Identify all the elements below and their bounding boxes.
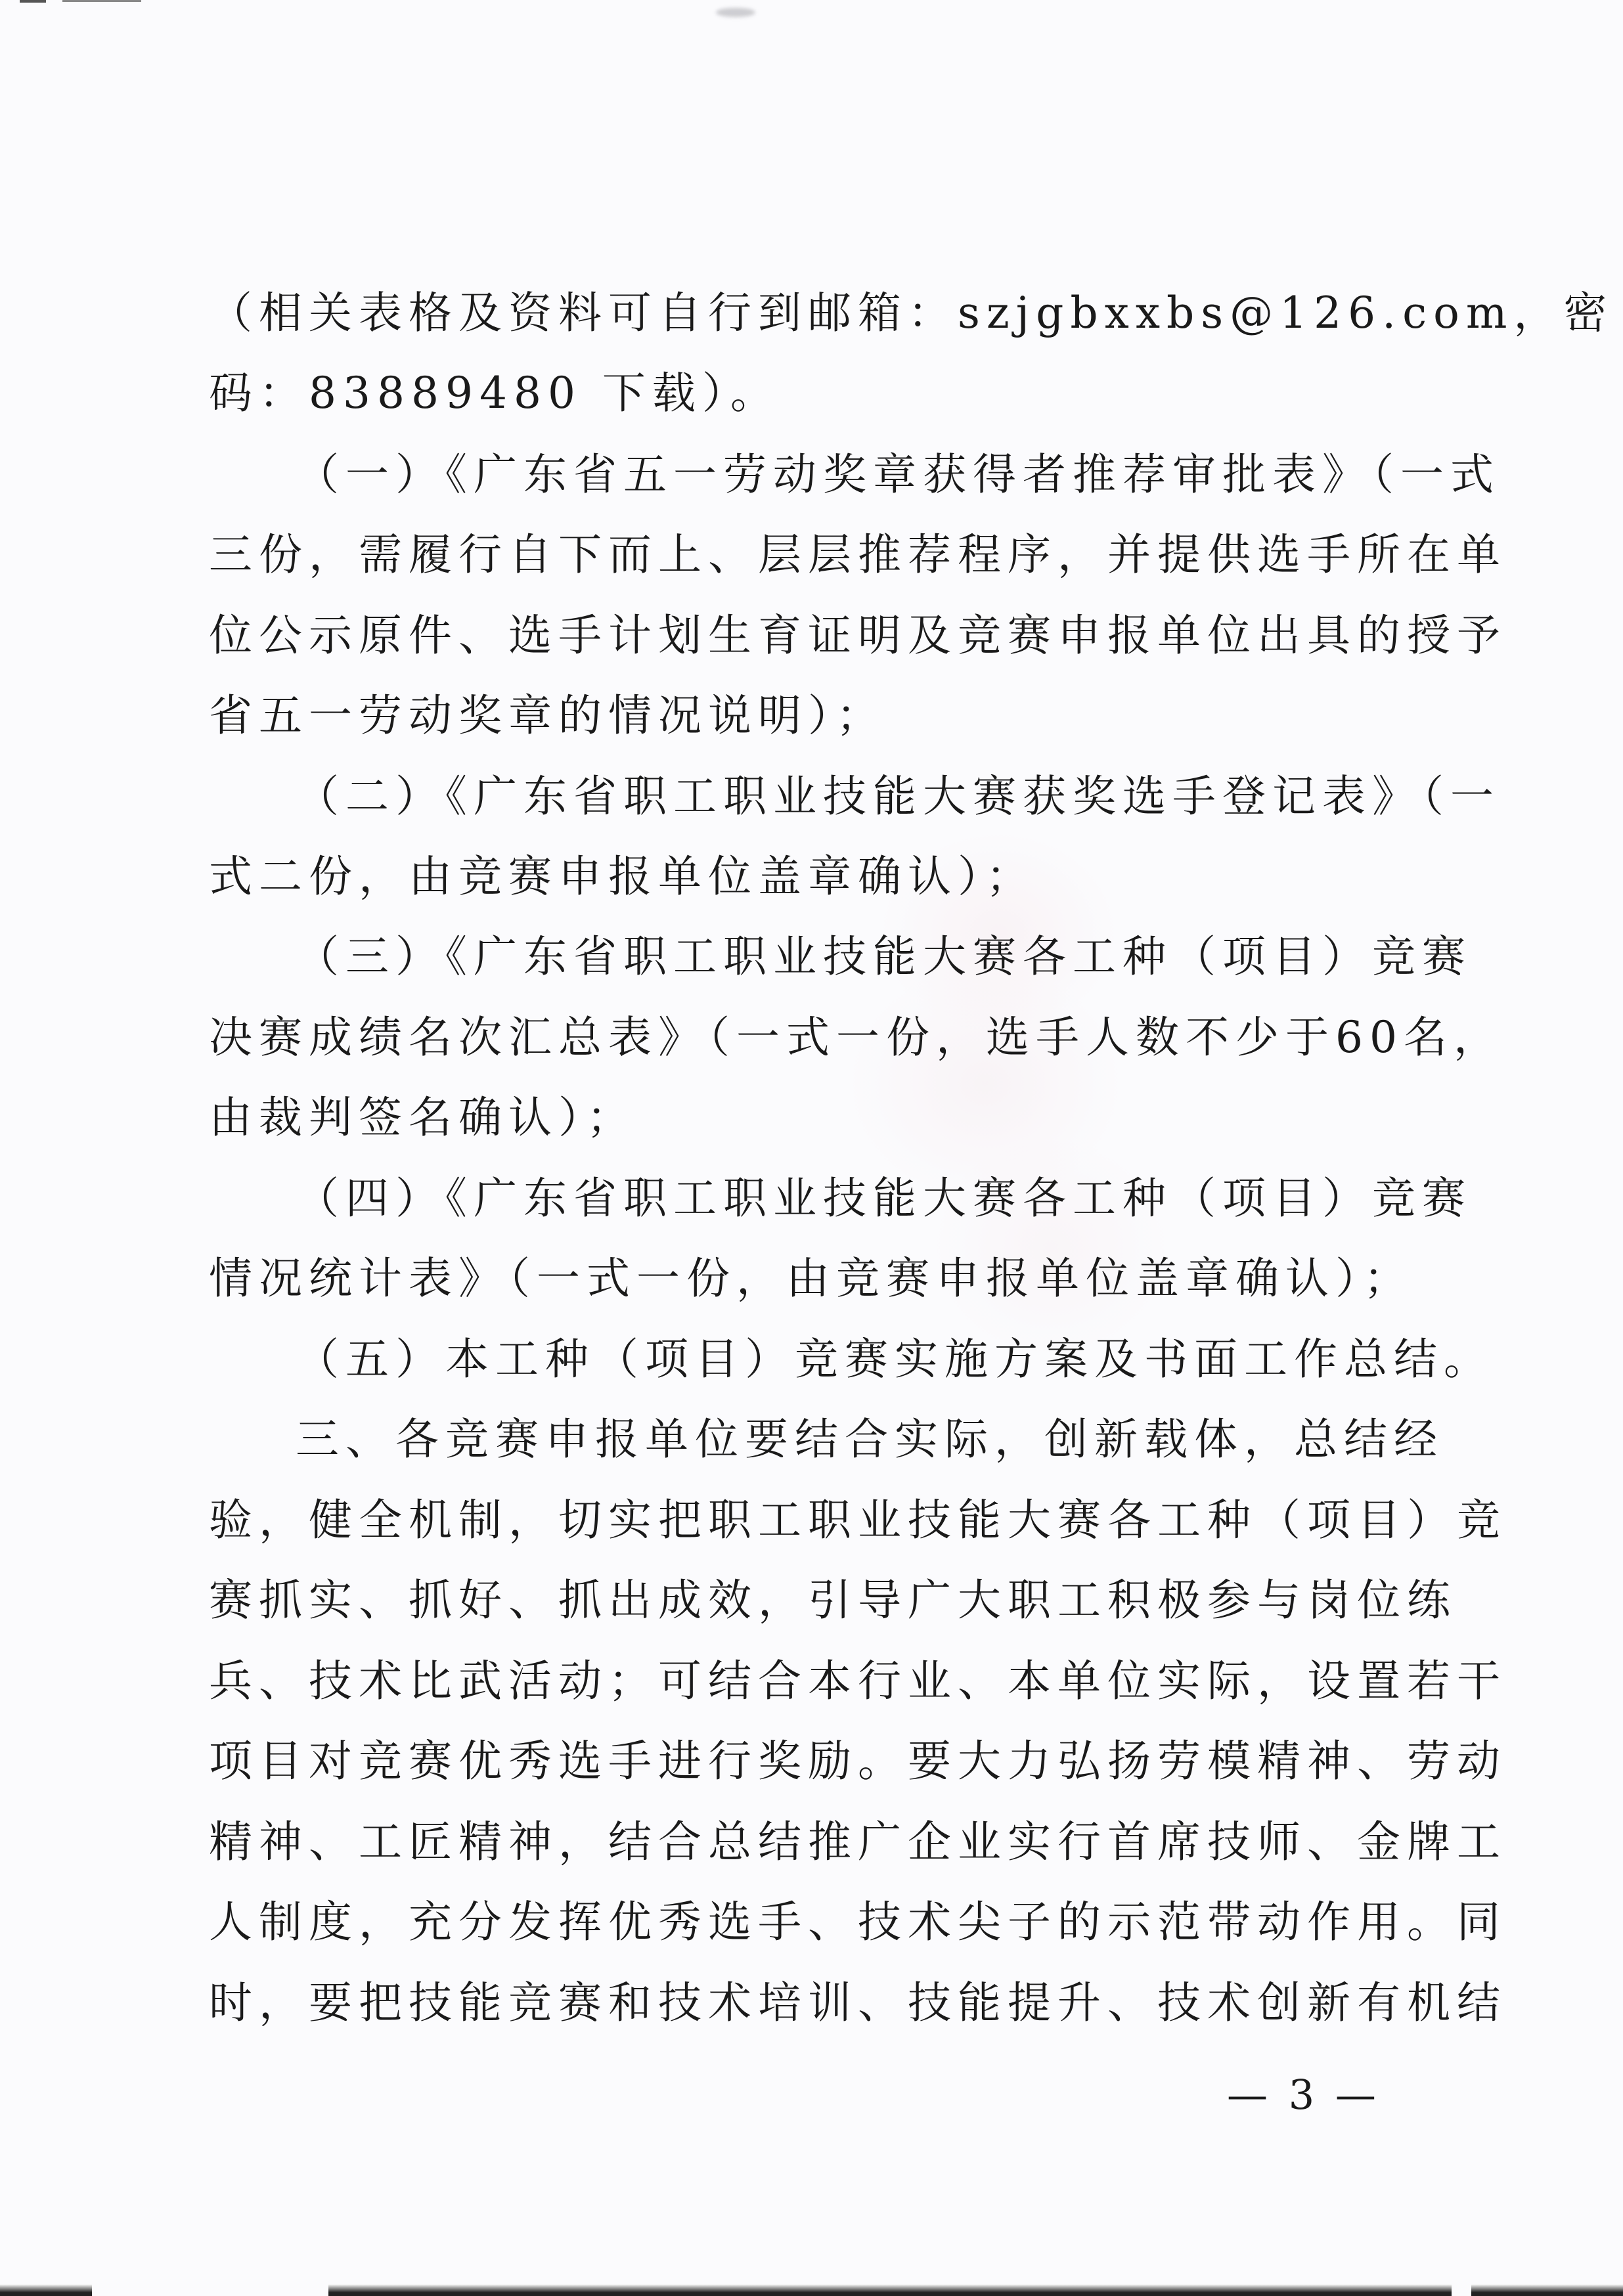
list-item-5-line: （五）本工种（项目）竞赛实施方案及书面工作总结。: [296, 1333, 1411, 1386]
section-3-line: 三、各竞赛申报单位要结合实际，创新载体，总结经: [296, 1413, 1411, 1466]
section-3-line: 赛抓实、抓好、抓出成效，引导广大职工积极参与岗位练: [209, 1574, 1411, 1627]
list-item-1-line: 位公示原件、选手计划生育证明及竞赛申报单位出具的授予: [209, 609, 1411, 662]
list-item-3-line: 决赛成绩名次汇总表》（一式一份，选手人数不少于60名，: [209, 1011, 1411, 1064]
scan-edge-mark: [20, 0, 46, 3]
list-item-1-line: （一）《广东省五一劳动奖章获得者推荐审批表》（一式: [296, 449, 1411, 501]
list-item-4-line: （四）《广东省职工职业技能大赛各工种（项目）竞赛: [296, 1172, 1411, 1225]
scan-bottom-gap: [92, 2284, 328, 2296]
list-item-2-line: （二）《广东省职工职业技能大赛获奖选手登记表》（一: [296, 770, 1411, 823]
list-item-2-line: 式二份，由竞赛申报单位盖章确认）；: [209, 850, 1411, 903]
scanned-page: [0, 0, 1623, 2296]
scan-edge-mark: [62, 0, 141, 2]
list-item-1-line: 三份，需履行自下而上、层层推荐程序，并提供选手所在单: [209, 529, 1411, 581]
text-line: 码：83889480 下载）。: [209, 367, 1411, 420]
scan-bottom-gap: [1452, 2284, 1471, 2296]
list-item-4-line: 情况统计表》（一式一份，由竞赛申报单位盖章确认）；: [209, 1252, 1411, 1305]
list-item-1-line: 省五一劳动奖章的情况说明）；: [209, 690, 1411, 742]
section-3-line: 时，要把技能竞赛和技术培训、技能提升、技术创新有机结: [209, 1977, 1411, 2029]
scan-smudge: [716, 8, 755, 17]
section-3-line: 兵、技术比武活动；可结合本行业、本单位实际，设置若干: [209, 1655, 1411, 1708]
section-3-line: 项目对竞赛优秀选手进行奖励。要大力弘扬劳模精神、劳动: [209, 1735, 1411, 1788]
text-line: （相关表格及资料可自行到邮箱：szjgbxxbs@126.com，密: [209, 287, 1411, 340]
section-3-line: 人制度，充分发挥优秀选手、技术尖子的示范带动作用。同: [209, 1896, 1411, 1949]
section-3-line: 验，健全机制，切实把职工职业技能大赛各工种（项目）竞: [209, 1494, 1411, 1547]
page-number: — 3 —: [1227, 2069, 1380, 2121]
list-item-3-line: （三）《广东省职工职业技能大赛各工种（项目）竞赛: [296, 931, 1411, 983]
list-item-3-line: 由裁判签名确认）；: [209, 1092, 1411, 1144]
section-3-line: 精神、工匠精神，结合总结推广企业实行首席技师、金牌工: [209, 1816, 1411, 1868]
